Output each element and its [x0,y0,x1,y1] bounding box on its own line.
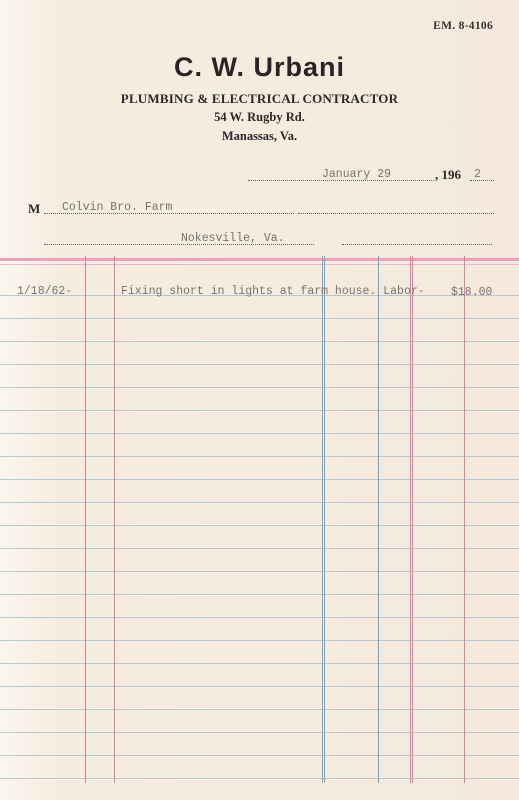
address-street: 54 W. Rugby Rd. [0,110,519,125]
customer-city: Nokesville, Va. [181,232,285,245]
to-prefix: M [28,201,40,217]
entry-description: Fixing short in lights at farm house. La… [121,285,425,298]
entry-amount: $18.00 [451,286,492,299]
customer-name: Colvin Bro. Farm [62,201,172,214]
invoice-date: January 29 [322,168,391,181]
phone-number: EM. 8-4106 [433,20,493,32]
entry-date: 1/18/62- [17,285,72,298]
company-name: C. W. Urbani [0,52,519,83]
ledger-header-rule [0,258,519,261]
customer-dotted-line-2 [298,213,494,214]
ledger-header-rule-thin [0,264,519,265]
year-prefix: , 196 [435,167,461,183]
company-tagline: PLUMBING & ELECTRICAL CONTRACTOR [0,91,519,107]
total-column-rule [464,256,465,783]
amount-column-rule-b [412,256,413,783]
blue-column-rule-b [324,256,325,783]
description-column-rule [114,256,115,783]
year-suffix: 2 [474,168,481,181]
address-city: Manassas, Va. [0,129,519,144]
city-dotted-line-2 [342,244,492,245]
amount-column-rule-a [410,256,411,783]
date-column-rule [85,256,86,783]
blue-column-rule-c [378,256,379,783]
blue-column-rule-a [322,256,323,783]
